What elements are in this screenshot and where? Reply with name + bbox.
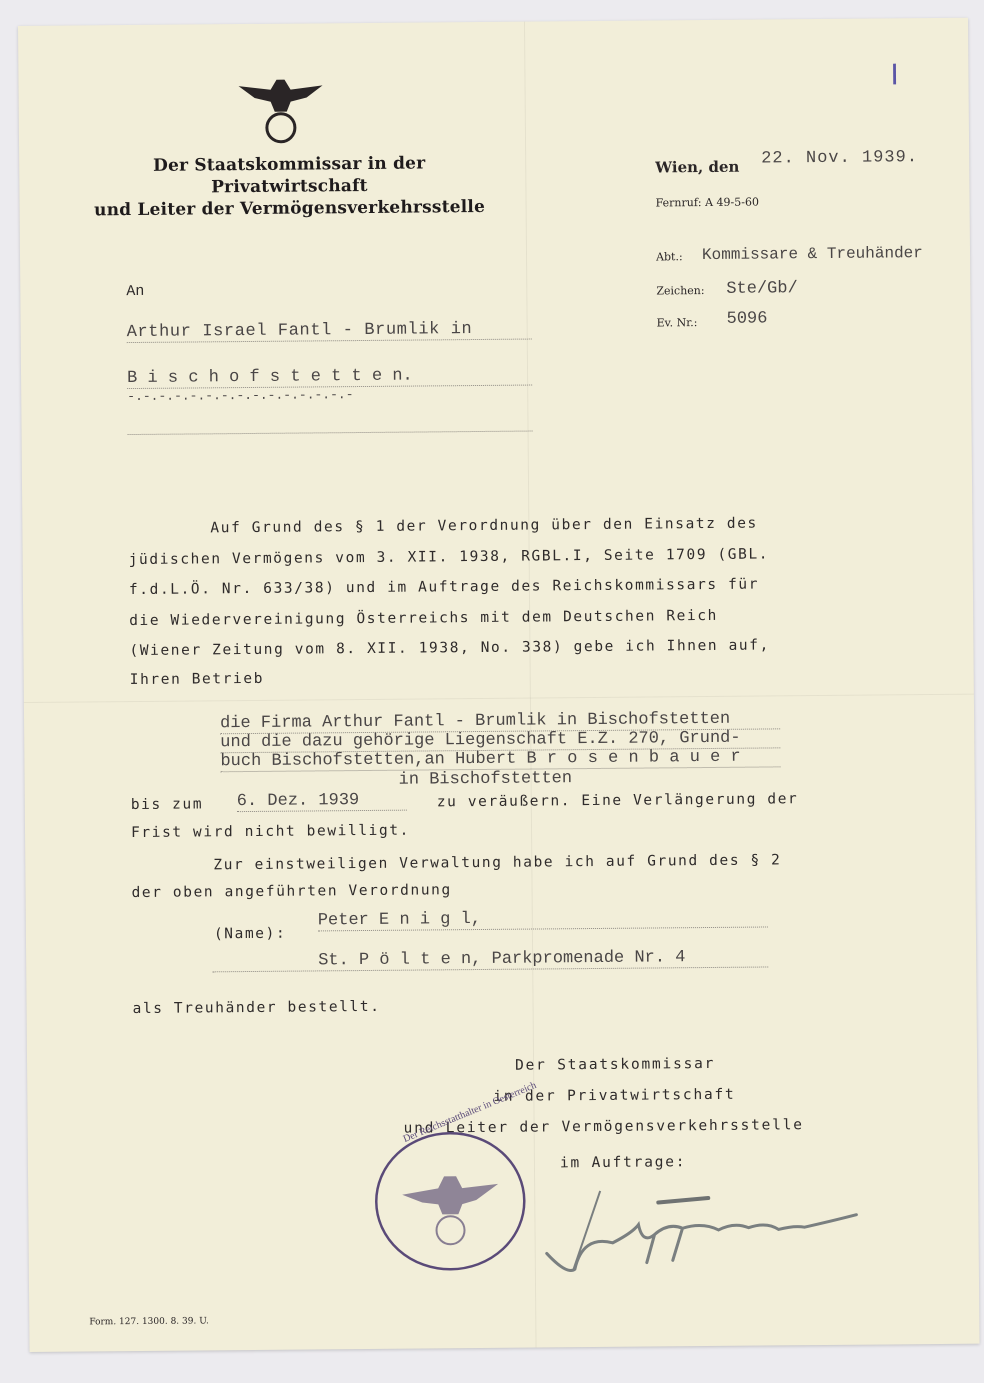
deadline-suffix: zu veräußern. Eine Verlängerung der [437, 791, 799, 810]
paragraph-1-line: jüdischen Vermögens vom 3. XII. 1938, RG… [129, 546, 770, 568]
recipient-line-3 [128, 430, 533, 436]
official-stamp-icon [372, 1130, 529, 1273]
paragraph-1-line: f.d.L.Ö. Nr. 633/38) und im Auftrage des… [129, 577, 759, 598]
phone-label: Fernruf: [656, 196, 702, 209]
ref-value: Ste/Gb/ [726, 279, 798, 299]
ref-label: Zeichen: [656, 284, 704, 297]
number-label: Ev. Nr.: [657, 316, 698, 329]
paragraph-1-line: Ihren Betrieb [130, 671, 264, 688]
paragraph-2-line-1: Zur einstweiligen Verwaltung habe ich au… [213, 852, 781, 873]
trustee-address: St. P ö l t e n, Parkpromenade Nr. 4 [212, 947, 768, 972]
closing-line: als Treuhänder bestellt. [133, 999, 381, 1017]
recipient-line-2: B i s c h o f s t e t t e n. [127, 366, 532, 390]
handwritten-signature [542, 1181, 863, 1280]
phone-number: A 49-5-60 [705, 196, 759, 209]
dept-label: Abt.: [656, 250, 683, 263]
form-number: Form. 127. 1300. 8. 39. U. [89, 1316, 209, 1327]
letter-date: 22. Nov. 1939. [761, 148, 918, 168]
letterhead-title: Der Staatskommissar in der Privatwirtsch… [83, 152, 496, 222]
eagle-emblem-icon [236, 75, 325, 146]
recipient-line-1: Arthur Israel Fantl - Brumlik in [127, 320, 532, 344]
place-label: Wien, den [655, 158, 739, 177]
letterhead-line-1: Der Staatskommissar in der Privatwirtsch… [83, 152, 495, 200]
document-page: Der Staatskommissar in der Privatwirtsch… [18, 18, 980, 1352]
paragraph-1-line: die Wiedervereinigung Österreichs mit de… [129, 608, 718, 629]
paragraph-2-line-2: der oben angeführten Verordnung [132, 882, 452, 901]
business-line: in Bischofstetten [399, 769, 573, 790]
deadline-date: 6. Dez. 1939 [237, 791, 407, 812]
recipient-underline: -.-.-.-.-.-.-.-.-.-.-.-.-.-.- [127, 387, 353, 404]
signature-line-4: im Auftrage: [560, 1154, 686, 1171]
signature-line-1: Der Staatskommissar [515, 1056, 715, 1074]
paragraph-1-line: Auf Grund des § 1 der Verordnung über de… [210, 516, 758, 537]
phone-row: Fernruf: A 49-5-60 [656, 196, 760, 210]
deadline-prefix: bis zum [131, 796, 203, 813]
letterhead-line-2: und Leiter der Vermögensverkehrsstelle [84, 196, 496, 222]
business-line: buch Bischofstetten,an Hubert B r o s e … [220, 747, 780, 772]
deadline-line-2: Frist wird nicht bewilligt. [131, 823, 410, 841]
trustee-name: Peter E n i g l, [318, 907, 768, 931]
paragraph-1-line: (Wiener Zeitung vom 8. XII. 1938, No. 33… [129, 637, 770, 659]
dept-value: Kommissare & Treuhänder [702, 244, 923, 264]
fold-crease-horizontal [24, 694, 974, 703]
margin-mark: I [890, 58, 899, 92]
number-value: 5096 [727, 309, 768, 328]
name-label: (Name): [214, 926, 286, 943]
to-label: An [126, 283, 144, 300]
